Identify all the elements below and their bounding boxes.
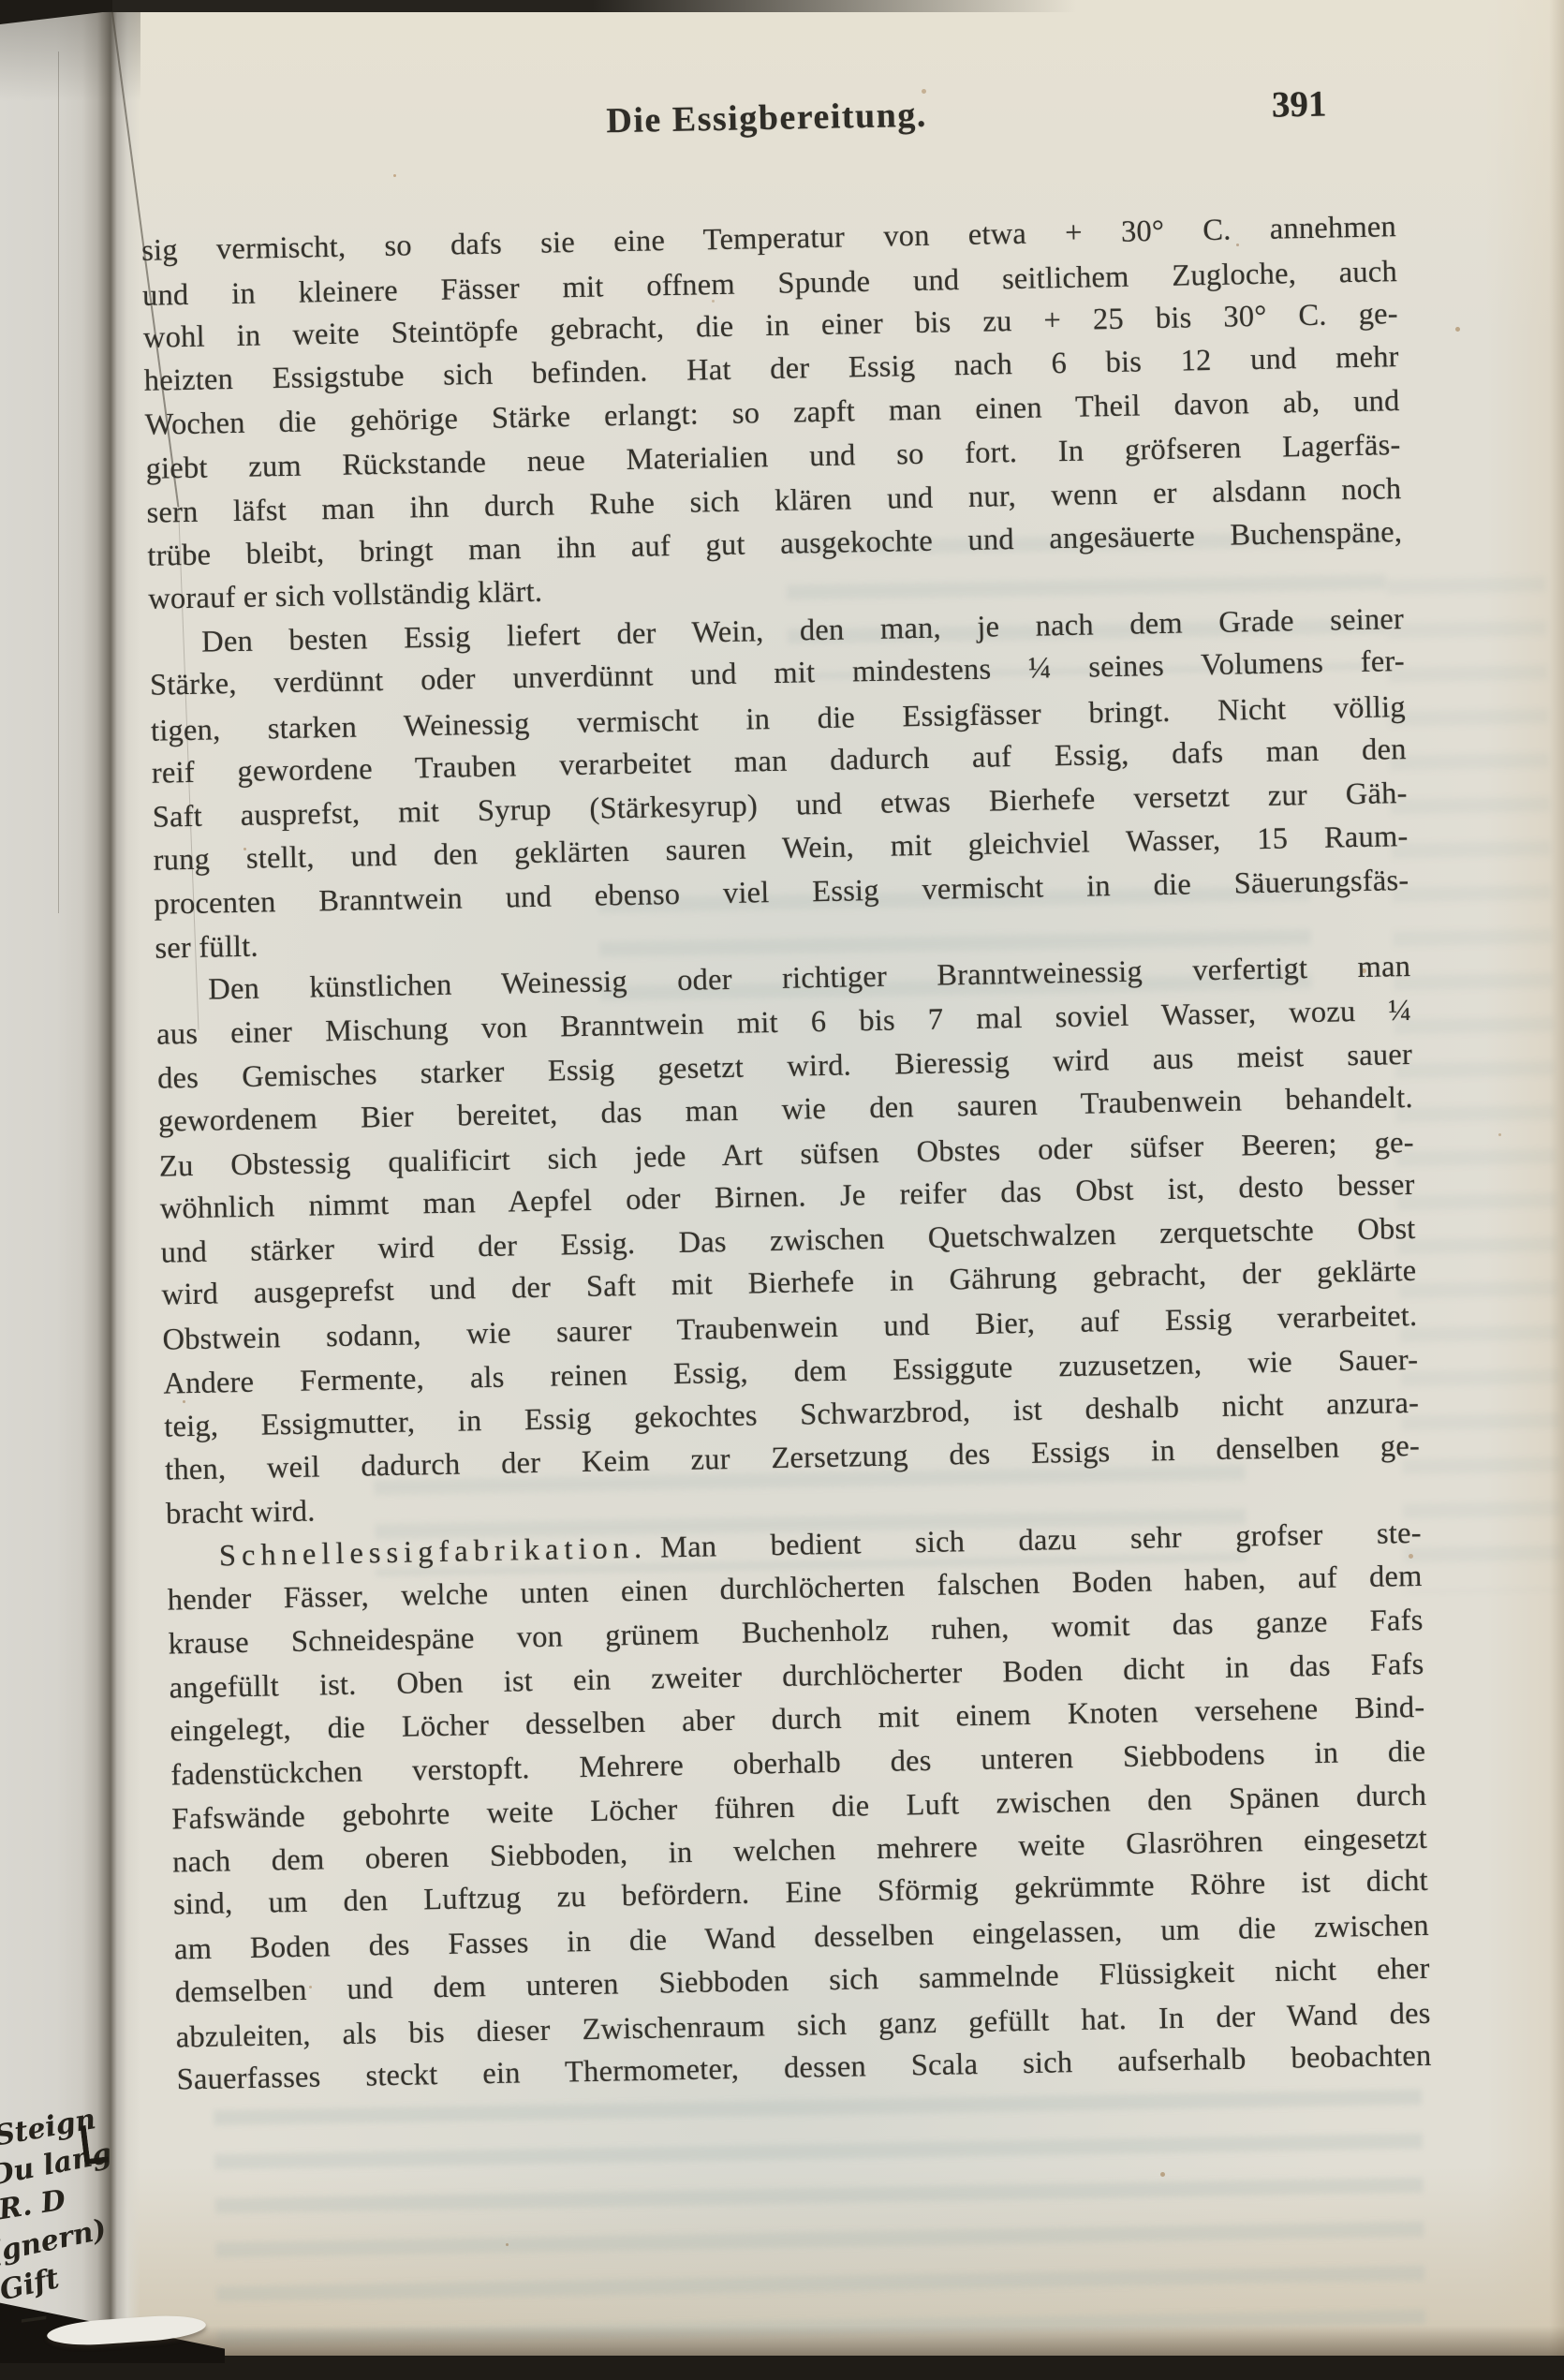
page-number: 391 [1271, 83, 1326, 126]
binding-gutter [0, 0, 140, 2380]
running-header: Die Essigbereitung. 391 [139, 85, 1394, 158]
page-content: Die Essigbereitung. 391 sig vermischt, s… [139, 78, 1432, 2124]
body-text: sig vermischt, so dafs sie eine Temperat… [141, 205, 1432, 2102]
running-header-title: Die Essigbereitung. [606, 96, 927, 141]
scan-bottom-edge [0, 2356, 1564, 2380]
page-right-edge-shade [1549, 0, 1564, 2380]
ink-blot-mark [81, 2123, 110, 2166]
scanned-book-page: { "header": { "title": "Die Essigbereitu… [0, 0, 1564, 2380]
spaced-heading: Schnellessigfabrikation. [219, 1531, 648, 1574]
scan-top-edge [0, 0, 1077, 12]
page-bottom-shadow [0, 2326, 1564, 2358]
page-crease-line [58, 52, 59, 913]
